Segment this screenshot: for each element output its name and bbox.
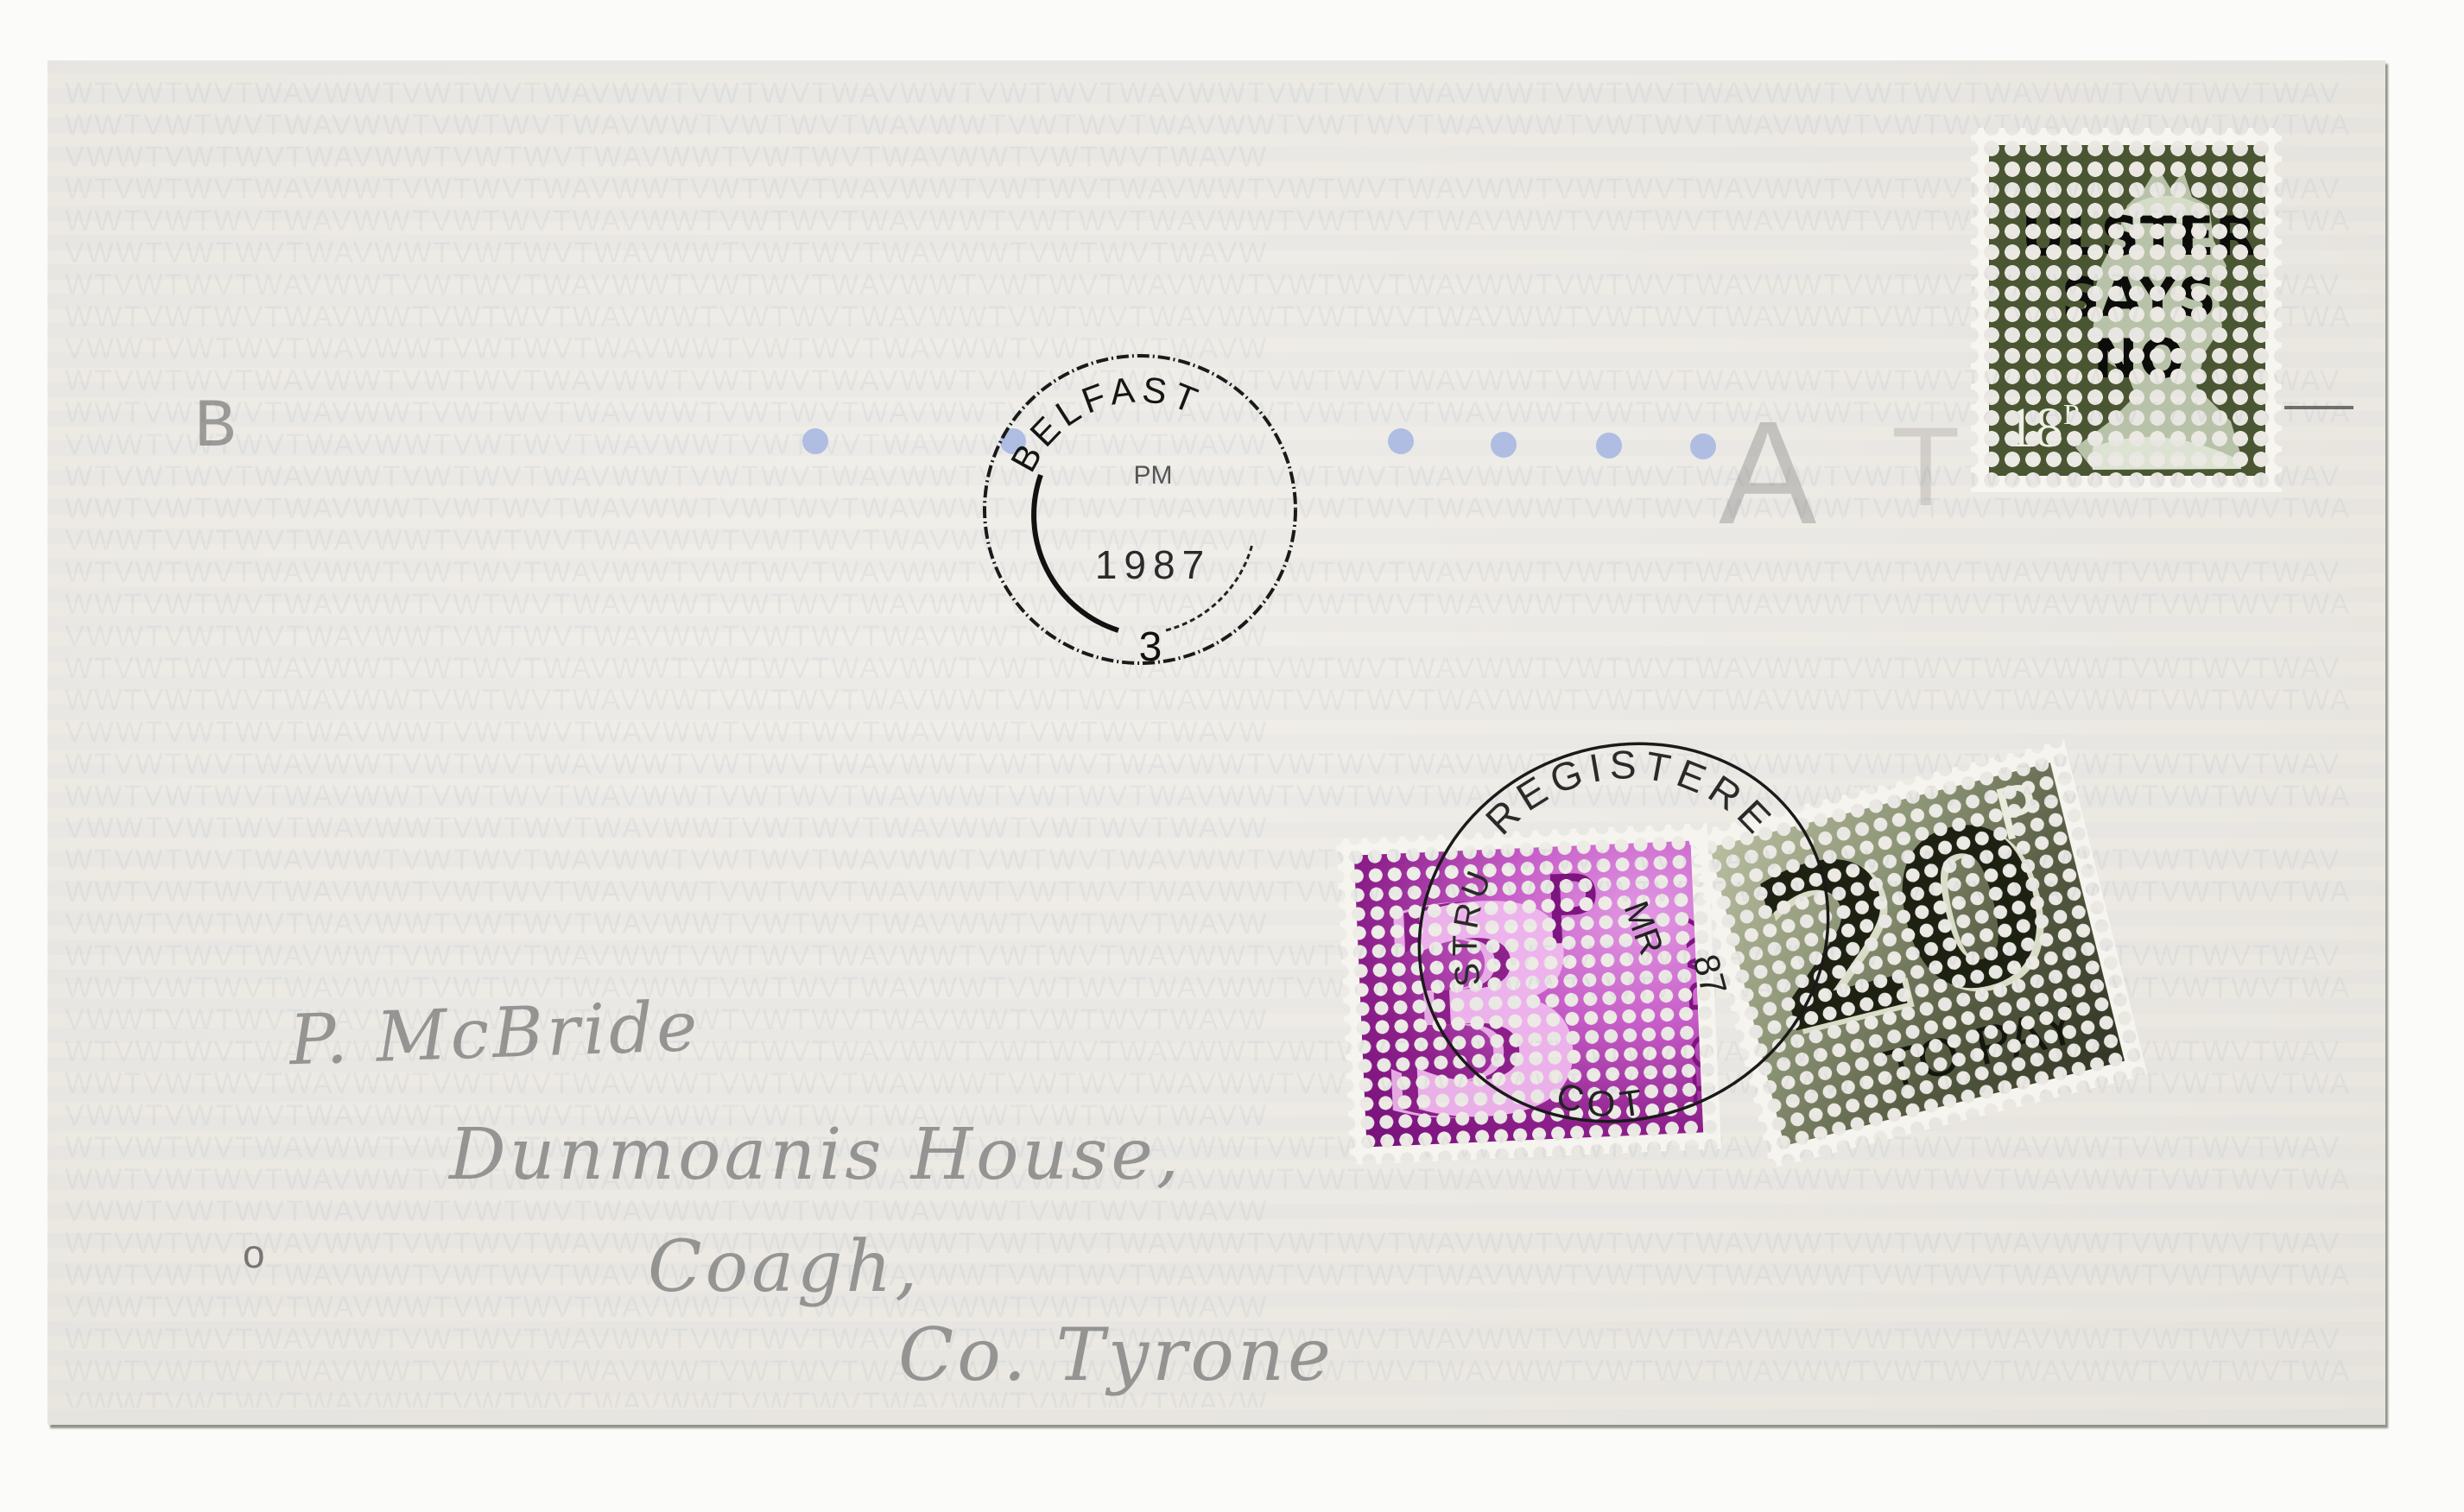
svg-text:BELFAST: BELFAST <box>1003 369 1207 478</box>
postmark-time: PM <box>1134 461 1173 490</box>
postmark-town: BELFAST <box>1003 369 1207 478</box>
machine-mark-a: A <box>1719 389 1816 558</box>
registered-date: MR <box>1617 896 1671 960</box>
belfast-postmark: BELFAST PM 1987 3 <box>967 345 1330 682</box>
address-line-county: Co. Tyrone <box>898 1313 1334 1397</box>
address-line-town: Coagh, <box>648 1226 921 1308</box>
svg-text:STRU: STRU <box>1446 862 1500 990</box>
phosphor-dot <box>802 428 828 454</box>
svg-text:COT: COT <box>1552 1074 1651 1125</box>
address-line-house: Dunmoanis House, <box>449 1114 1182 1196</box>
registered-year: 87 <box>1685 950 1734 999</box>
phosphor-dot <box>1596 433 1622 459</box>
svg-text:REGISTERED: REGISTERED <box>1399 725 1784 846</box>
address-line-name: P. McBride <box>288 986 702 1081</box>
phosphor-dot <box>1388 428 1414 454</box>
registered-bottom-text: COT <box>1552 1074 1651 1125</box>
backstamp-mark-o: o <box>242 1235 266 1280</box>
phosphor-dot <box>1491 432 1517 458</box>
registered-postmark: REGISTERED STRU COT MR 87 <box>1399 725 1848 1140</box>
registered-side-text: STRU <box>1446 862 1500 990</box>
machine-mark-t: T <box>1891 402 1960 531</box>
stamp-value: 18P <box>2006 395 2080 461</box>
registered-text: REGISTERED <box>1399 725 1784 846</box>
postmark-office-number: 3 <box>1139 624 1162 670</box>
phosphor-dot <box>1690 433 1716 459</box>
cancel-bar <box>2284 406 2353 409</box>
backstamp-mark-b: B <box>194 389 236 467</box>
machin-stamp-18p: ULSTER SAYS NO 18P <box>1971 128 2282 492</box>
postmark-year: 1987 <box>1095 542 1211 587</box>
overprint-text: ULSTER SAYS NO <box>2010 206 2265 389</box>
